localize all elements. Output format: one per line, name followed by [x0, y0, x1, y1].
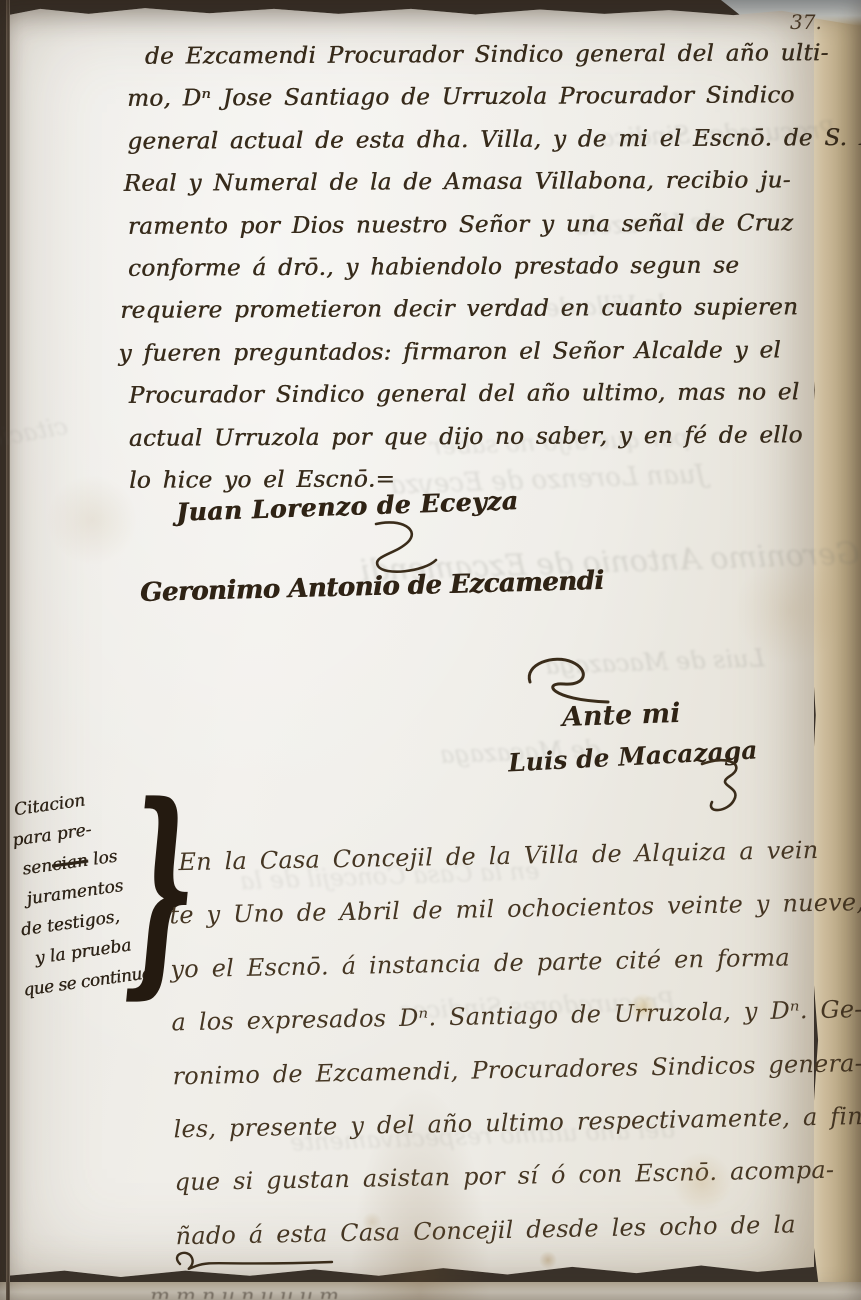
folio-number: 37.	[790, 10, 822, 34]
text-line: de Ezcamendi Procurador Sindico general …	[145, 32, 827, 78]
text-line: mo, Dⁿ Jose Santiago de Urruzola Procura…	[127, 75, 827, 121]
gutter-shadow	[6, 0, 10, 1300]
text-line: general actual de esta dha. Villa, y de …	[127, 117, 827, 163]
struck-text: cian	[51, 851, 89, 876]
text-fragment: los	[86, 847, 118, 871]
text-line: Real y Numeral de la de Amasa Villabona,…	[123, 159, 827, 205]
body-paragraph-citation: En la Casa Concejil de la Villa de Alqui…	[168, 824, 836, 1264]
text-line: y fueren preguntados: firmaron el Señor …	[118, 329, 828, 375]
manuscript-scan: Procurador Sindico de Urruzola la Villa …	[0, 0, 861, 1300]
text-line: ramento por Dios nuestro Señor y una señ…	[128, 202, 828, 248]
text-line: conforme á drō., y habiendolo prestado s…	[128, 244, 828, 290]
text-line: actual Urruzola por que dijo no saber, y…	[129, 414, 829, 460]
text-line: Procurador Sindico general del año ultim…	[129, 371, 829, 417]
body-paragraph-oath: de Ezcamendi Procurador Sindico general …	[127, 32, 829, 502]
text-line: requiere prometieron decir verdad en cua…	[120, 287, 828, 333]
attestation-ante-mi: Ante mi	[561, 698, 680, 733]
text-fragment: sen	[21, 856, 53, 880]
